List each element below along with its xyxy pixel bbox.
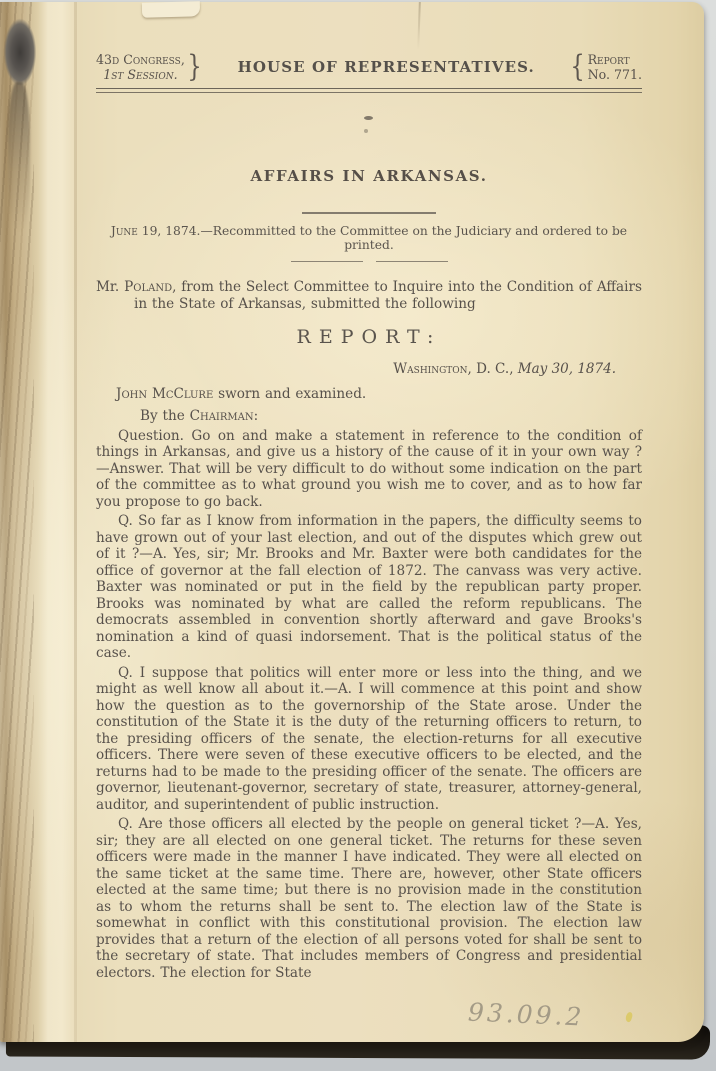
double-rule	[96, 88, 642, 93]
submission-text: , from the Select Committee to Inquire i…	[134, 279, 642, 312]
rule-segment	[291, 261, 363, 263]
rule-segment	[376, 261, 448, 263]
submission-paragraph: Mr. Poland, from the Select Committee to…	[96, 279, 642, 312]
testimony-paragraph: Question. Go on and make a statement in …	[96, 428, 642, 511]
report-number-block: Report No. 771.	[588, 52, 642, 82]
report-number: No. 771.	[588, 67, 642, 82]
testimony-paragraph: Q. Are those officers all elected by the…	[96, 816, 642, 981]
examiner-name: Chairman	[190, 408, 254, 424]
by-prefix: By the	[140, 408, 190, 424]
chamber-title: HOUSE OF REPRESENTATIVES.	[204, 58, 569, 76]
masthead: 43d Congress, 1st Session. } HOUSE OF RE…	[96, 52, 642, 82]
section-rule-segments	[96, 261, 642, 263]
scanned-book-photo: 43d Congress, 1st Session. } HOUSE OF RE…	[0, 0, 716, 1071]
report-label: Report	[588, 52, 642, 67]
left-brace-glyph: }	[187, 52, 201, 82]
submitter-name: Poland	[124, 279, 172, 295]
document-page: 43d Congress, 1st Session. } HOUSE OF RE…	[0, 2, 704, 1042]
testimony-paragraph: Q. So far as I know from information in …	[96, 513, 642, 662]
examiner-line: By the Chairman:	[96, 408, 642, 425]
right-brace-glyph: {	[571, 52, 585, 82]
page-fold-line	[74, 2, 77, 1042]
date-action-text: —Recommitted to the Committee on the Jud…	[200, 224, 627, 253]
session-line: 1st Session.	[96, 67, 185, 82]
witness-name: John McClure	[116, 386, 213, 402]
place-date-line: Washington, D. C., May 30, 1874.	[96, 361, 642, 377]
report-heading: REPORT:	[96, 326, 642, 348]
congress-session: 43d Congress, 1st Session.	[96, 52, 185, 82]
handwritten-catalog-number: 93.09.2	[467, 997, 585, 1031]
paper-tear	[142, 1, 200, 18]
paper-stain	[625, 1011, 634, 1022]
witness-line: John McClure sworn and examined.	[96, 386, 642, 403]
document-title: AFFAIRS IN ARKANSAS.	[96, 167, 642, 185]
by-suffix: :	[254, 408, 259, 424]
paper-crease	[417, 2, 421, 50]
spine-wear-streak	[8, 82, 30, 232]
date-italic: May 30, 1874.	[518, 361, 616, 377]
place-text: Washington, D. C.	[393, 361, 509, 377]
printed-content: 43d Congress, 1st Session. } HOUSE OF RE…	[96, 52, 642, 981]
witness-text: sworn and examined.	[213, 386, 366, 402]
place-date-separator: ,	[509, 361, 518, 377]
testimony-paragraph: Q. I suppose that politics will enter mo…	[96, 665, 642, 814]
submitter-prefix: Mr.	[96, 279, 124, 295]
date-line: June 19, 1874.—Recommitted to the Commit…	[96, 224, 642, 253]
date-text: June 19, 1874.	[111, 224, 201, 238]
congress-line: 43d Congress,	[96, 52, 185, 67]
section-rule	[302, 212, 436, 214]
